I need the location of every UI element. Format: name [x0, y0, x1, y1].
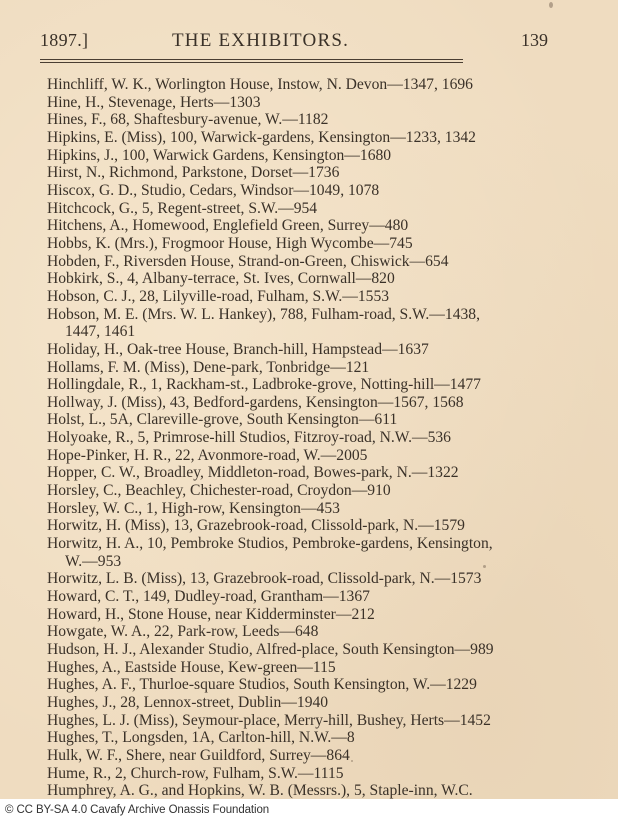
- entry-text: Hudson, H. J., Alexander Studio, Alfred-…: [47, 641, 494, 658]
- entry-text: Hume, R., 2, Church-row, Fulham, S.W.—11…: [47, 765, 344, 782]
- entry-text: Hine, H., Stevenage, Herts—1303: [47, 94, 261, 111]
- entry-text: Hitchens, A., Homewood, Englefield Green…: [47, 217, 408, 234]
- exhibitor-entry: Hitchens, A., Homewood, Englefield Green…: [47, 217, 567, 235]
- entry-continuation: W.—953: [47, 553, 567, 571]
- exhibitor-entry: Hume, R., 2, Church-row, Fulham, S.W.—11…: [47, 765, 567, 783]
- entry-text: Horwitz, H. (Miss), 13, Grazebrook-road,…: [47, 517, 465, 534]
- entry-text: Hipkins, J., 100, Warwick Gardens, Kensi…: [47, 147, 391, 164]
- copyright-credit: © CC BY-SA 4.0 Cavafy Archive Onassis Fo…: [5, 804, 269, 816]
- exhibitor-entry: Hipkins, J., 100, Warwick Gardens, Kensi…: [47, 147, 567, 165]
- exhibitor-entry: Holyoake, R., 5, Primrose-hill Studios, …: [47, 429, 567, 447]
- exhibitor-entry: Hitchcock, G., 5, Regent-street, S.W.—95…: [47, 200, 567, 218]
- entry-text: Hollway, J. (Miss), 43, Bedford-gardens,…: [47, 394, 464, 411]
- entry-text: Holyoake, R., 5, Primrose-hill Studios, …: [47, 429, 451, 446]
- header-year: 1897.]: [40, 30, 88, 51]
- entry-text: Hollingdale, R., 1, Rackham-st., Ladbrok…: [47, 376, 481, 393]
- header-rule-top: [40, 59, 463, 60]
- exhibitor-list: Hinchliff, W. K., Worlington House, Inst…: [47, 76, 567, 818]
- exhibitor-entry: Hudson, H. J., Alexander Studio, Alfred-…: [47, 641, 567, 659]
- exhibitor-entry: Hopper, C. W., Broadley, Middleton-road,…: [47, 464, 567, 482]
- exhibitor-entry: Hobbs, K. (Mrs.), Frogmoor House, High W…: [47, 235, 567, 253]
- exhibitor-entry: Horwitz, L. B. (Miss), 13, Grazebrook-ro…: [47, 570, 567, 588]
- entry-text: Hirst, N., Richmond, Parkstone, Dorset—1…: [47, 164, 339, 181]
- header-rule-bottom: [40, 62, 463, 63]
- entry-text: Horsley, C., Beachley, Chichester-road, …: [47, 482, 391, 499]
- exhibitor-entry: Hughes, A. F., Thurloe-square Studios, S…: [47, 676, 567, 694]
- entry-continuation: 1447, 1461: [47, 323, 567, 341]
- exhibitor-entry: Hughes, L. J. (Miss), Seymour-place, Mer…: [47, 712, 567, 730]
- exhibitor-entry: Hope-Pinker, H. R., 22, Avonmore-road, W…: [47, 447, 567, 465]
- exhibitor-entry: Hine, H., Stevenage, Herts—1303: [47, 94, 567, 112]
- entry-text: Hobson, C. J., 28, Lilyville-road, Fulha…: [47, 288, 389, 305]
- exhibitor-entry: Hollams, F. M. (Miss), Dene-park, Tonbri…: [47, 359, 567, 377]
- book-page: 1897.] THE EXHIBITORS. 139 Hinchliff, W.…: [0, 0, 618, 799]
- exhibitor-entry: Horsley, C., Beachley, Chichester-road, …: [47, 482, 567, 500]
- entry-text: Horwitz, H. A., 10, Pembroke Studios, Pe…: [47, 535, 493, 552]
- paper-speck: [483, 565, 486, 568]
- entry-text: Howgate, W. A., 22, Park-row, Leeds—648: [47, 623, 318, 640]
- paper-speck: [549, 2, 553, 8]
- exhibitor-entry: Hines, F., 68, Shaftesbury-avenue, W.—11…: [47, 111, 567, 129]
- exhibitor-entry: Horwitz, H. (Miss), 13, Grazebrook-road,…: [47, 517, 567, 535]
- exhibitor-entry: Holiday, H., Oak-tree House, Branch-hill…: [47, 341, 567, 359]
- running-header: 1897.] THE EXHIBITORS. 139: [40, 30, 465, 56]
- exhibitor-entry: Howard, H., Stone House, near Kiddermins…: [47, 606, 567, 624]
- exhibitor-entry: Hobson, M. E. (Mrs. W. L. Hankey), 788, …: [47, 306, 567, 341]
- entry-text: Hipkins, E. (Miss), 100, Warwick-gardens…: [47, 129, 476, 146]
- exhibitor-entry: Holst, L., 5A, Clareville-grove, South K…: [47, 411, 567, 429]
- paper-speck: [351, 760, 353, 762]
- exhibitor-entry: Hipkins, E. (Miss), 100, Warwick-gardens…: [47, 129, 567, 147]
- exhibitor-entry: Hughes, A., Eastside House, Kew-green—11…: [47, 659, 567, 677]
- page-number: 139: [521, 30, 548, 51]
- exhibitor-entry: Hollway, J. (Miss), 43, Bedford-gardens,…: [47, 394, 567, 412]
- entry-text: Hughes, A. F., Thurloe-square Studios, S…: [47, 676, 477, 693]
- exhibitor-entry: Hinchliff, W. K., Worlington House, Inst…: [47, 76, 567, 94]
- exhibitor-entry: Hirst, N., Richmond, Parkstone, Dorset—1…: [47, 164, 567, 182]
- entry-text: Hughes, A., Eastside House, Kew-green—11…: [47, 659, 336, 676]
- entry-text: Hughes, L. J. (Miss), Seymour-place, Mer…: [47, 712, 491, 729]
- entry-text: Hollams, F. M. (Miss), Dene-park, Tonbri…: [47, 359, 369, 376]
- entry-text: Hughes, T., Longsden, 1A, Carlton-hill, …: [47, 729, 355, 746]
- entry-text: Hopper, C. W., Broadley, Middleton-road,…: [47, 464, 459, 481]
- exhibitor-entry: Horsley, W. C., 1, High-row, Kensington—…: [47, 500, 567, 518]
- entry-text: Holiday, H., Oak-tree House, Branch-hill…: [47, 341, 429, 358]
- page-title: THE EXHIBITORS.: [172, 30, 349, 52]
- exhibitor-entry: Hollingdale, R., 1, Rackham-st., Ladbrok…: [47, 376, 567, 394]
- entry-text: Hitchcock, G., 5, Regent-street, S.W.—95…: [47, 200, 317, 217]
- exhibitor-entry: Hughes, T., Longsden, 1A, Carlton-hill, …: [47, 729, 567, 747]
- entry-text: Hobbs, K. (Mrs.), Frogmoor House, High W…: [47, 235, 413, 252]
- entry-text: Hobden, F., Riversden House, Strand-on-G…: [47, 253, 449, 270]
- entry-text: Howard, C. T., 149, Dudley-road, Grantha…: [47, 588, 370, 605]
- exhibitor-entry: Hobson, C. J., 28, Lilyville-road, Fulha…: [47, 288, 567, 306]
- exhibitor-entry: Hulk, W. F., Shere, near Guildford, Surr…: [47, 747, 567, 765]
- entry-text: Hinchliff, W. K., Worlington House, Inst…: [47, 76, 473, 93]
- entry-text: Hines, F., 68, Shaftesbury-avenue, W.—11…: [47, 111, 328, 128]
- exhibitor-entry: Hobkirk, S., 4, Albany-terrace, St. Ives…: [47, 270, 567, 288]
- entry-text: Humphrey, A. G., and Hopkins, W. B. (Mes…: [47, 782, 473, 799]
- exhibitor-entry: Howard, C. T., 149, Dudley-road, Grantha…: [47, 588, 567, 606]
- exhibitor-entry: Hobden, F., Riversden House, Strand-on-G…: [47, 253, 567, 271]
- entry-text: Horsley, W. C., 1, High-row, Kensington—…: [47, 500, 340, 517]
- entry-text: Hope-Pinker, H. R., 22, Avonmore-road, W…: [47, 447, 367, 464]
- exhibitor-entry: Horwitz, H. A., 10, Pembroke Studios, Pe…: [47, 535, 567, 570]
- exhibitor-entry: Howgate, W. A., 22, Park-row, Leeds—648: [47, 623, 567, 641]
- entry-text: Hulk, W. F., Shere, near Guildford, Surr…: [47, 747, 350, 764]
- entry-text: Horwitz, L. B. (Miss), 13, Grazebrook-ro…: [47, 570, 481, 587]
- exhibitor-entry: Hughes, J., 28, Lennox-street, Dublin—19…: [47, 694, 567, 712]
- entry-text: Hobkirk, S., 4, Albany-terrace, St. Ives…: [47, 270, 395, 287]
- entry-text: Hughes, J., 28, Lennox-street, Dublin—19…: [47, 694, 328, 711]
- entry-text: Holst, L., 5A, Clareville-grove, South K…: [47, 411, 397, 428]
- entry-text: Howard, H., Stone House, near Kiddermins…: [47, 606, 375, 623]
- exhibitor-entry: Hiscox, G. D., Studio, Cedars, Windsor—1…: [47, 182, 567, 200]
- footer-bar: © CC BY-SA 4.0 Cavafy Archive Onassis Fo…: [0, 800, 618, 823]
- entry-text: Hobson, M. E. (Mrs. W. L. Hankey), 788, …: [47, 306, 480, 323]
- entry-text: Hiscox, G. D., Studio, Cedars, Windsor—1…: [47, 182, 379, 199]
